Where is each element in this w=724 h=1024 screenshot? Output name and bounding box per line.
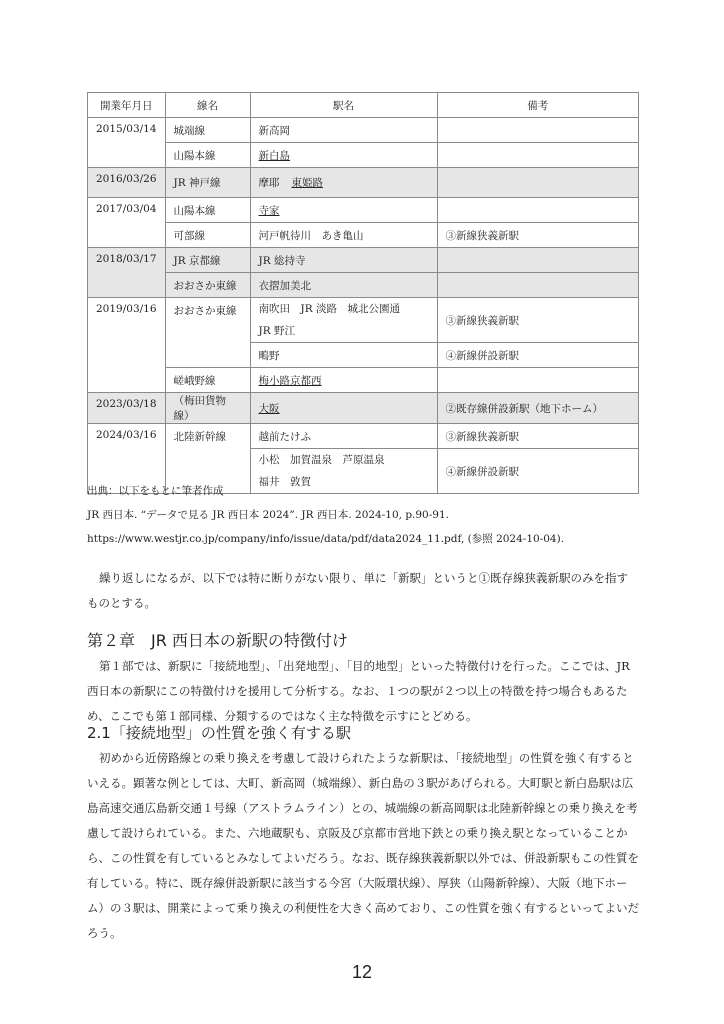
station-link: 寺家 — [259, 205, 280, 217]
page-number: 12 — [0, 962, 724, 983]
new-stations-table: 開業年月日 線名 駅名 備考 2015/03/14 城端線 新高岡 山陽本線 新… — [87, 92, 639, 494]
open-date: 2017/03/04 — [88, 198, 166, 248]
station-name: 南吹田 JR 淡路 城北公園通JR 野江 — [250, 298, 437, 343]
line-name: 可部線 — [165, 223, 250, 248]
remarks: ③新線狭義新駅 — [437, 424, 638, 449]
source-citation: JR 西日本. “データで見る JR 西日本 2024”. JR 西日本. 20… — [87, 507, 449, 522]
table-row: 2018/03/17 JR 京都線 JR 総持寺 — [88, 248, 639, 273]
remarks: ③新線狭義新駅 — [437, 298, 638, 343]
remarks — [437, 168, 638, 198]
note-paragraph: 繰り返しになるが、以下では特に断りがない限り、単に「新駅」というと①既存線狭義新… — [87, 566, 639, 616]
station-text: JR 野江 — [259, 320, 429, 342]
station-link: 新白島 — [259, 150, 291, 162]
remarks: ②既存線併設新駅（地下ホーム） — [437, 393, 638, 424]
station-name: 摩耶東姫路 — [250, 168, 437, 198]
chapter-body: 第１部では、新駅に「接続地型」、「出発地型」、「目的地型」といった特徴付けを行っ… — [87, 654, 639, 729]
section-title: 2.1「接続地型」の性質を強く有する駅 — [87, 722, 351, 743]
chapter-title: 第２章 JR 西日本の新駅の特徴付け — [87, 628, 348, 651]
open-date: 2018/03/17 — [88, 248, 166, 298]
remarks: ④新線併設新駅 — [437, 343, 638, 368]
station-link: 東姫路 — [292, 177, 324, 189]
open-date: 2016/03/26 — [88, 168, 166, 198]
station-name: 梅小路京都西 — [250, 368, 437, 393]
line-name: JR 神戸線 — [165, 168, 250, 198]
remarks — [437, 368, 638, 393]
section-body: 初めから近傍路線との乗り換えを考慮して設けられたような新駅は、「接続地型」の性質… — [87, 746, 639, 946]
line-name: 城端線 — [165, 118, 250, 143]
line-name: 嵯峨野線 — [165, 368, 250, 393]
station-name: 衣摺加美北 — [250, 273, 437, 298]
table-row: 嵯峨野線 梅小路京都西 — [88, 368, 639, 393]
station-name: 新白島 — [250, 143, 437, 168]
line-name: 山陽本線 — [165, 143, 250, 168]
table-row: 2023/03/18 （梅田貨物線） 大阪 ②既存線併設新駅（地下ホーム） — [88, 393, 639, 424]
table-row: おおさか東線 衣摺加美北 — [88, 273, 639, 298]
table-row: 2019/03/16 おおさか東線 南吹田 JR 淡路 城北公園通JR 野江 ③… — [88, 298, 639, 343]
line-name: おおさか東線 — [165, 273, 250, 298]
station-name: JR 総持寺 — [250, 248, 437, 273]
table-row: 山陽本線 新白島 — [88, 143, 639, 168]
remarks — [437, 198, 638, 223]
station-name: 新高岡 — [250, 118, 437, 143]
station-name: 大阪 — [250, 393, 437, 424]
station-name: 小松 加賀温泉 芦原温泉福井 敦賀 — [250, 449, 437, 494]
header-open-date: 開業年月日 — [88, 93, 166, 118]
header-station-name: 駅名 — [250, 93, 437, 118]
station-link: 大阪 — [259, 403, 280, 415]
header-line-name: 線名 — [165, 93, 250, 118]
station-name: 河戸帆待川 あき亀山 — [250, 223, 437, 248]
station-text: 南吹田 JR 淡路 城北公園通 — [259, 298, 429, 320]
open-date: 2015/03/14 — [88, 118, 166, 168]
table-row: 2024/03/16 北陸新幹線 越前たけふ ③新線狭義新駅 — [88, 424, 639, 449]
source-url[interactable]: https://www.westjr.co.jp/company/info/is… — [87, 531, 564, 546]
table-row: 可部線 河戸帆待川 あき亀山 ③新線狭義新駅 — [88, 223, 639, 248]
station-text: 摩耶 — [259, 177, 280, 189]
remarks — [437, 273, 638, 298]
station-name: 越前たけふ — [250, 424, 437, 449]
remarks — [437, 248, 638, 273]
line-name: JR 京都線 — [165, 248, 250, 273]
station-name: 寺家 — [250, 198, 437, 223]
table-row: 2016/03/26 JR 神戸線 摩耶東姫路 — [88, 168, 639, 198]
header-remarks: 備考 — [437, 93, 638, 118]
remarks — [437, 143, 638, 168]
remarks: ④新線併設新駅 — [437, 449, 638, 494]
line-name: 山陽本線 — [165, 198, 250, 223]
station-text: 福井 敦賀 — [259, 471, 429, 493]
line-name: おおさか東線 — [165, 298, 250, 368]
remarks: ③新線狭義新駅 — [437, 223, 638, 248]
line-name: （梅田貨物線） — [165, 393, 250, 424]
document-page: 開業年月日 線名 駅名 備考 2015/03/14 城端線 新高岡 山陽本線 新… — [0, 0, 724, 1024]
station-text: 小松 加賀温泉 芦原温泉 — [259, 449, 429, 471]
station-name: 鴫野 — [250, 343, 437, 368]
table-row: 2015/03/14 城端線 新高岡 — [88, 118, 639, 143]
station-link: 梅小路京都西 — [259, 375, 322, 387]
source-label: 出典：以下をもとに筆者作成 — [87, 483, 224, 498]
table-row: 2017/03/04 山陽本線 寺家 — [88, 198, 639, 223]
open-date: 2023/03/18 — [88, 393, 166, 424]
open-date: 2019/03/16 — [88, 298, 166, 393]
table-header-row: 開業年月日 線名 駅名 備考 — [88, 93, 639, 118]
remarks — [437, 118, 638, 143]
